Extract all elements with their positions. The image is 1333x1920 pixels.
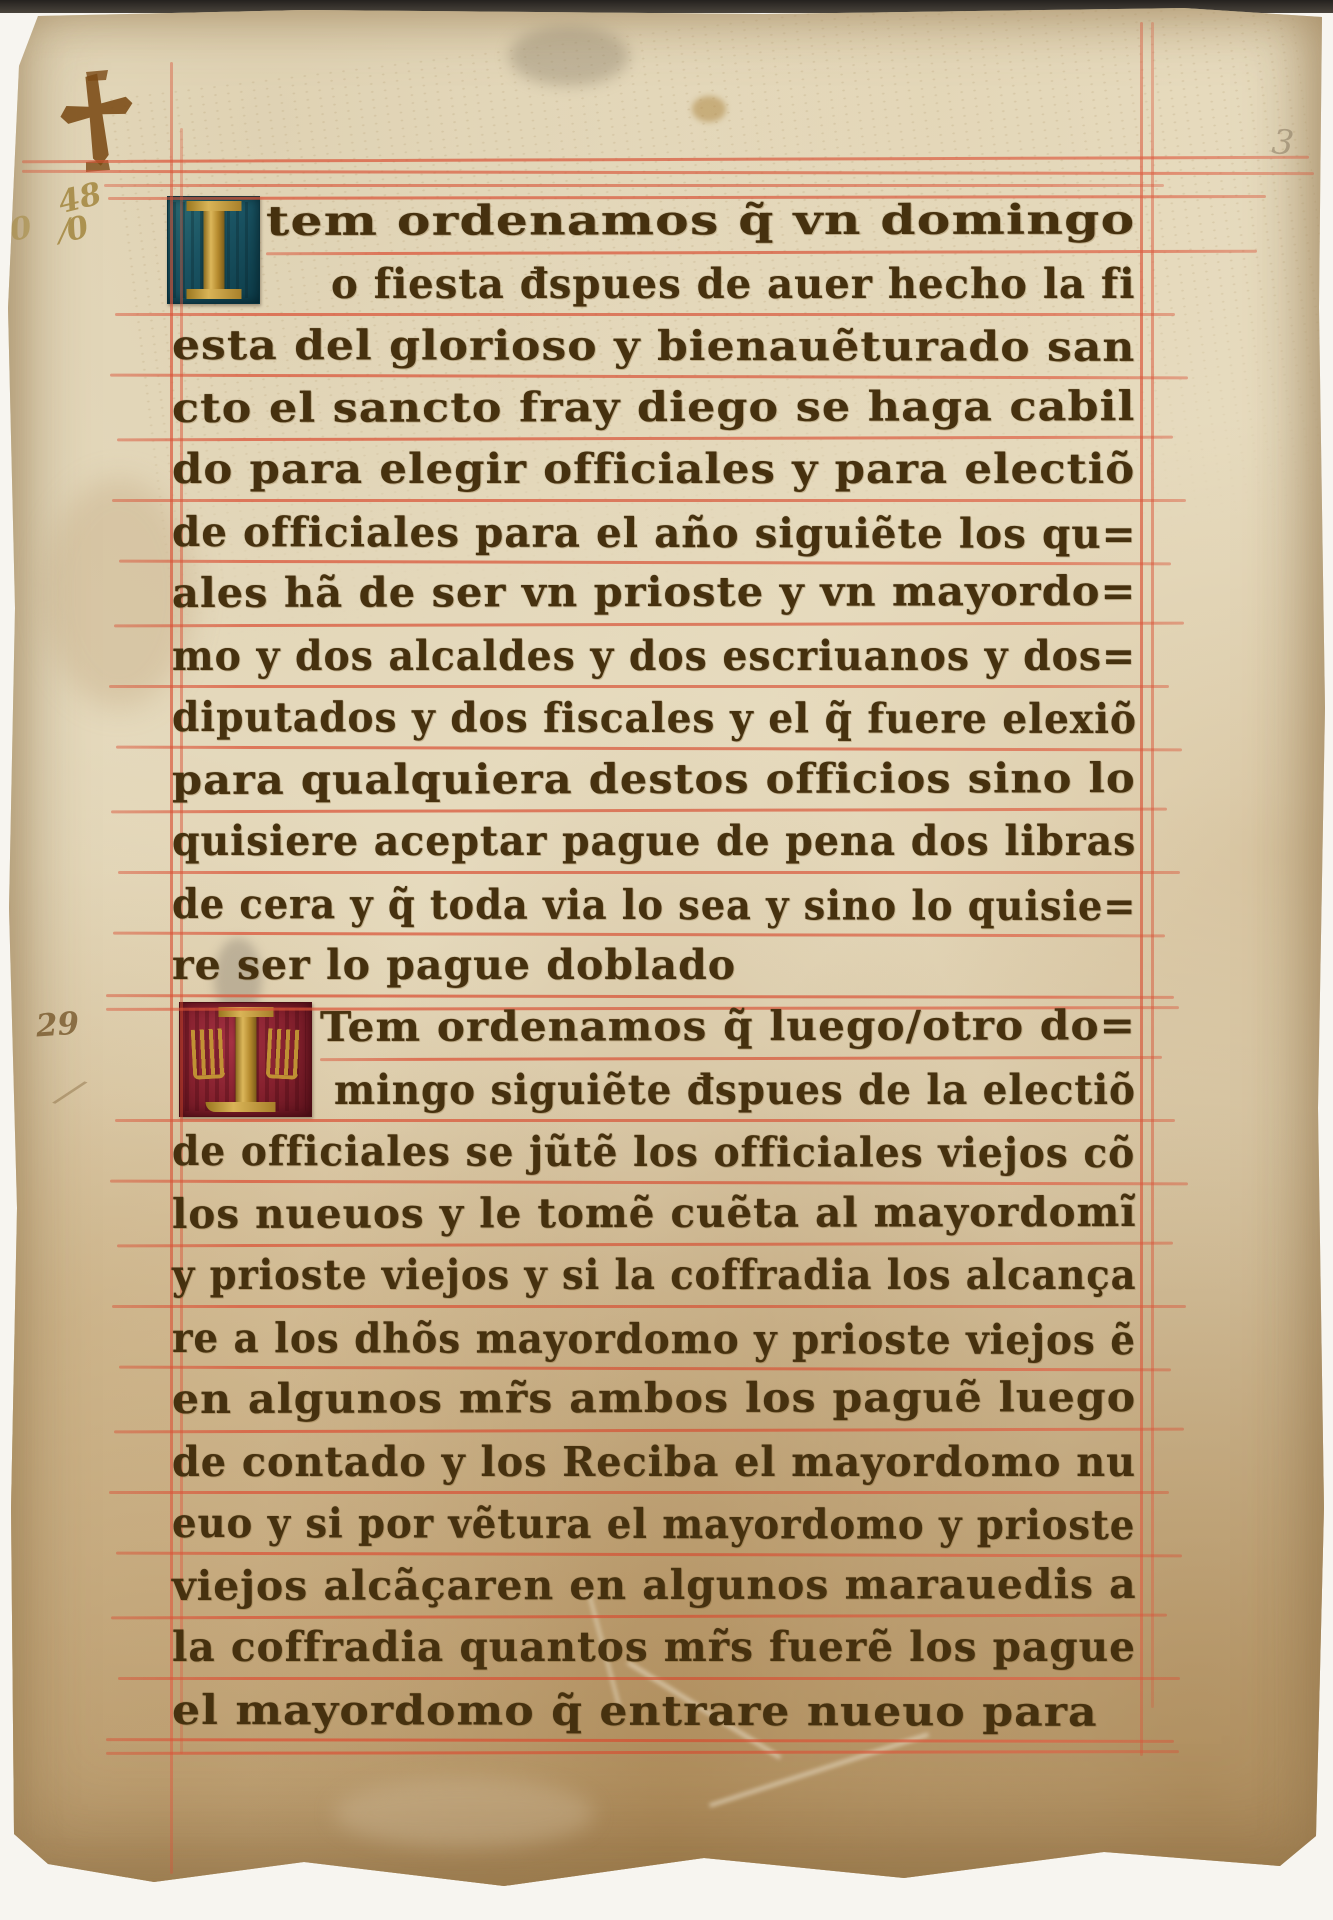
ruling-line-horizontal	[115, 1119, 1175, 1122]
ruling-line-horizontal	[110, 1180, 1188, 1186]
text-line-p1-13: re ser lo pague doblado	[172, 943, 736, 988]
ruling-line-horizontal	[113, 932, 1165, 938]
text-line-p1-10: para qualquiera destos officios sino lo	[172, 756, 1136, 803]
stain	[334, 1778, 594, 1848]
text-line-p2-6: re a los dhõs mayordomo y prioste viejos…	[172, 1316, 1136, 1363]
ruling-line-horizontal	[114, 1428, 1184, 1434]
text-line-p2-7: en algunos mr̃s ambos los paguẽ luego	[172, 1375, 1136, 1422]
text-line-p2-4: los nueuos y le tomẽ cuẽta al mayordomĩ	[172, 1190, 1137, 1237]
margin-number-top-left: 48 ⁄0	[56, 180, 112, 248]
illuminated-initial-I-red	[179, 1002, 312, 1117]
ruling-line-horizontal	[111, 808, 1167, 814]
ruling-line-horizontal	[112, 499, 1186, 502]
text-line-p1-12: de cera y q̃ toda via lo sea y sino lo q…	[172, 882, 1136, 929]
ruling-line-horizontal	[115, 313, 1175, 316]
cross-mark	[56, 70, 136, 180]
scanned-manuscript-page: 48 ⁄0 0 29 ⁄ 3 tem ordenamos q̃ vn domin…	[0, 0, 1333, 1920]
text-line-p1-8: mo y dos alcaldes y dos escriuanos y dos…	[172, 634, 1136, 679]
ruling-line-vertical	[1140, 22, 1143, 1756]
ruling-line-horizontal	[106, 1738, 1174, 1743]
initial-letter-I	[235, 1010, 256, 1109]
ruling-line-horizontal	[118, 1677, 1180, 1680]
ruling-line-horizontal	[106, 994, 1174, 999]
margin-number-edge-zero: 0	[7, 212, 34, 246]
text-line-p2-10: viejos alcãçaren en algunos marauedis a	[172, 1562, 1137, 1609]
text-line-p1-5: do para elegir officiales y para electiõ	[172, 447, 1135, 492]
margin-number-29: 29	[35, 1009, 80, 1043]
text-line-p2-3: de officiales se jũtẽ los officiales vie…	[172, 1129, 1135, 1176]
text-line-p2-1: Tem ordenamos q̃ luego/otro do=	[320, 1003, 1136, 1050]
ruling-line-horizontal	[104, 184, 1164, 187]
text-line-p1-11: quisiere aceptar pague de pena dos libra…	[172, 819, 1136, 864]
text-line-p1-9: diputados y dos fiscales y el q̃ fuere e…	[172, 695, 1137, 742]
initial-gold-ornament	[266, 1028, 301, 1080]
ruling-line-horizontal	[117, 1242, 1173, 1248]
margin-slash-mark: ⁄	[60, 1074, 79, 1114]
ruling-line-horizontal	[109, 1491, 1169, 1494]
text-line-p2-8: de contado y los Reciba el mayordomo nu	[172, 1440, 1136, 1485]
parchment-leaf: 48 ⁄0 0 29 ⁄ 3 tem ordenamos q̃ vn domin…	[4, 8, 1329, 1888]
crease-mark	[709, 1733, 929, 1808]
ruling-line-horizontal	[118, 871, 1180, 874]
ruling-line-horizontal	[111, 1614, 1167, 1620]
ruling-line-vertical	[1151, 22, 1154, 1708]
text-line-p1-1: tem ordenamos q̃ vn domingo	[266, 198, 1135, 245]
ruling-line-horizontal	[320, 1056, 1162, 1061]
ruling-line-horizontal	[112, 1305, 1186, 1308]
ruling-line-horizontal	[116, 1552, 1182, 1558]
text-line-p2-2: mingo siguiẽte đspues de la electiõ	[334, 1068, 1136, 1113]
initial-letter-I	[203, 204, 224, 296]
text-line-p1-2: o fiesta đspues de auer hecho la fi	[331, 262, 1135, 307]
text-line-p1-3: esta del glorioso y bienauẽturado san	[172, 323, 1136, 370]
text-line-p1-6: de officiales para el año siguiẽte los q…	[172, 510, 1137, 557]
text-line-p1-4: cto el sancto fray diego se haga cabil	[172, 384, 1136, 431]
ruling-line-horizontal	[106, 1750, 1179, 1755]
text-line-p1-7: ales hã de ser vn prioste y vn mayordo=	[172, 569, 1136, 616]
initial-gold-ornament	[191, 1028, 226, 1080]
ruling-line-horizontal	[119, 1366, 1171, 1372]
text-line-p2-5: y prioste viejos y si la coffradia los a…	[172, 1253, 1137, 1298]
ruling-line-horizontal	[116, 746, 1182, 752]
margin-number-0: ⁄0	[59, 208, 112, 248]
text-line-p2-9: euo y si por vẽtura el mayordomo y prios…	[172, 1501, 1135, 1548]
text-line-p2-12: el mayordomo q̃ entrare nueuo para	[172, 1688, 1098, 1735]
ruling-line-horizontal	[109, 685, 1169, 688]
text-line-p2-11: la coffradia quantos mr̃s fuerẽ los pagu…	[172, 1625, 1136, 1670]
